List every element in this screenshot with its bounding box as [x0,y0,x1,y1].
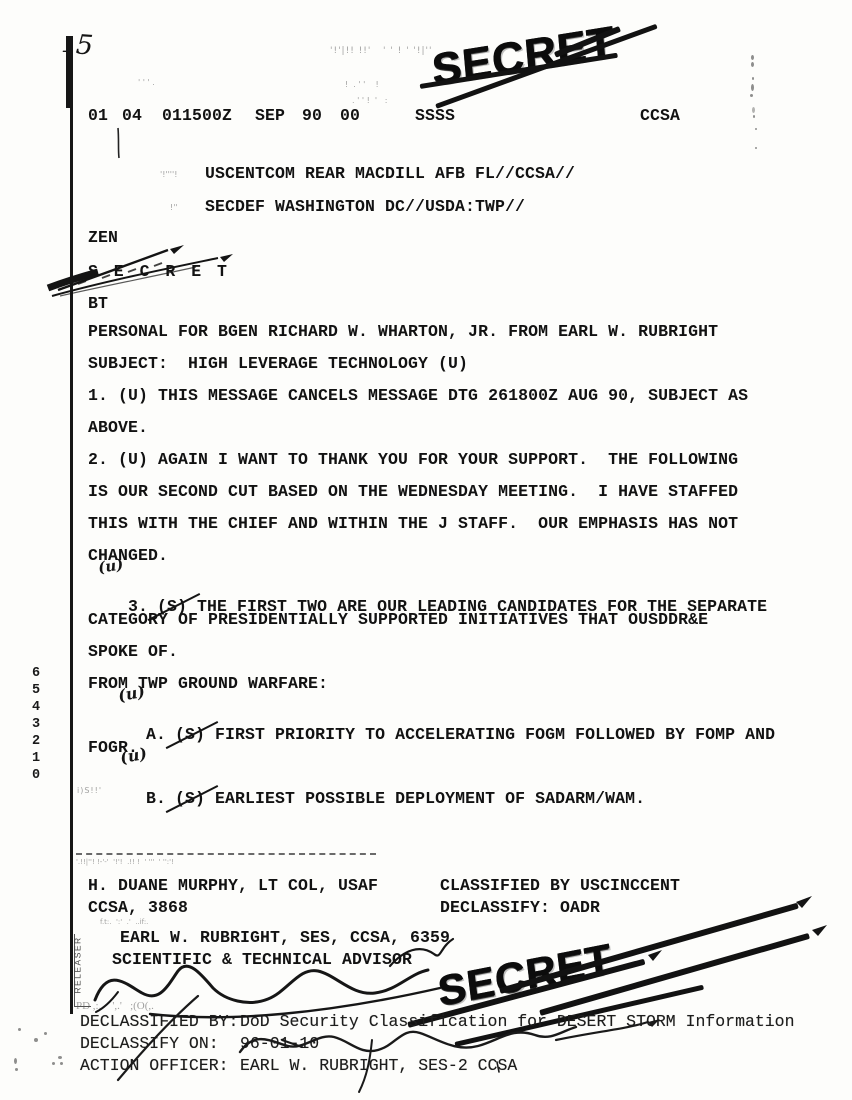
body-line: THIS WITH THE CHIEF AND WITHIN THE J STA… [88,514,738,533]
page-border [70,36,73,1014]
declassify-on-value: 96-01-10 [240,1034,319,1053]
to-address: SECDEF WASHINGTON DC//USDA:TWP// [205,197,525,216]
body-line-item-b: B.(S) EARLIEST POSSIBLE DEPLOYMENT OF SA… [106,770,645,846]
releaser-text: RELEASER [73,936,83,993]
body-line: 2. (U) AGAIN I WANT TO THANK YOU FOR YOU… [88,450,738,469]
classified-by: CLASSIFIED BY USCINCCENT [440,876,680,895]
header-col1: 01 [88,106,108,125]
pd-smudge: PD ,:.. ',.' ;(O(,. [76,1000,154,1012]
handwritten-u-annotation: (u) [97,555,125,576]
item-b-letter: B. [146,789,166,808]
header-col2: 04 [122,106,142,125]
drafter-name: H. DUANE MURPHY, LT COL, USAF [88,876,378,895]
ruler-digit: 3 [32,717,40,732]
ruler-digit: 6 [32,666,40,681]
from-label-smudge: '!''''! [160,170,177,179]
ruler-digit: 5 [32,683,40,698]
ruler-digit: 0 [32,768,40,783]
smudge-top-3: ! . ' ' ! [345,80,379,89]
instr-smudge: i)S!!' [77,786,102,795]
releaser-smudge: f.t:. ':' .' ..if:. [100,918,148,926]
header-dtg: 011500Z [162,106,232,125]
header-year: 90 [302,106,322,125]
action-officer-value: EARL W. RUBRIGHT, SES-2 CCSA [240,1056,517,1075]
handwritten-u-annotation: (u) [117,682,147,705]
declassify-oadr: DECLASSIFY: OADR [440,898,600,917]
separator-smudge: '.!!|''! !-'-' '!'! .!! ! ' ''' ' '':'! [76,858,174,866]
declassify-on-label: DECLASSIFY ON: [80,1034,219,1053]
body-line: SUBJECT: HIGH LEVERAGE TECHNOLOGY (U) [88,354,468,373]
ruler-digit: 4 [32,700,40,715]
declassified-by-value: DoD Security Classification for DESERT S… [240,1012,795,1031]
body-line: ABOVE. [88,418,148,437]
header-num: 00 [340,106,360,125]
header-month: SEP [255,106,285,125]
struck-s-marking: (S) [175,725,205,744]
handwritten-page-number: 5 [75,29,94,61]
bt-line: BT [88,294,108,313]
body-line: 1. (U) THIS MESSAGE CANCELS MESSAGE DTG … [88,386,748,405]
releaser-title: SCIENTIFIC & TECHNICAL ADVISOR [112,950,412,969]
drafter-office: CCSA, 3868 [88,898,188,917]
from-address: USCENTCOM REAR MACDILL AFB FL//CCSA// [205,164,575,183]
header-office: CCSA [640,106,680,125]
ruler-digit: 1 [32,751,40,766]
separator-dashes [76,853,376,855]
item-b-text: EARLIEST POSSIBLE DEPLOYMENT OF SADARM/W… [205,789,645,808]
action-officer-label: ACTION OFFICER: [80,1056,229,1075]
smudge-top: '!'|!! !!' ' ' ! ' '!|'' [330,46,432,56]
body-line: IS OUR SECOND CUT BASED ON THE WEDNESDAY… [88,482,738,501]
header-flags: SSSS [415,106,455,125]
smudge-top-2: ' ' ' . [138,78,155,87]
to-label-smudge: !'' [170,203,178,212]
body-line: SPOKE OF. [88,642,178,661]
ruler-digit: 2 [32,734,40,749]
body-line: CATEGORY OF PRESIDENTIALLY SUPPORTED INI… [88,610,708,629]
declassified-by-label: DECLASSIFIED BY: [80,1012,238,1031]
telegram-document: 5 - '!'|!! !!' ' ' ! ' '!|'' ' ' ' . ! .… [0,0,852,1100]
struck-classification-line: S E C R E T [88,262,230,281]
body-line: PERSONAL FOR BGEN RICHARD W. WHARTON, JR… [88,322,718,341]
pen-dash: - [62,40,68,61]
zen-line: ZEN [88,228,118,247]
releaser-name: EARL W. RUBRIGHT, SES, CCSA, 6359 [120,928,450,947]
item-a-letter: A. [146,725,166,744]
item-a-text: FIRST PRIORITY TO ACCELERATING FOGM FOLL… [205,725,775,744]
smudge-top-4: . ' ' ! ' : [352,96,387,105]
struck-s-marking: (S) [175,789,205,808]
releaser-margin-label: RELEASER [74,934,91,1007]
